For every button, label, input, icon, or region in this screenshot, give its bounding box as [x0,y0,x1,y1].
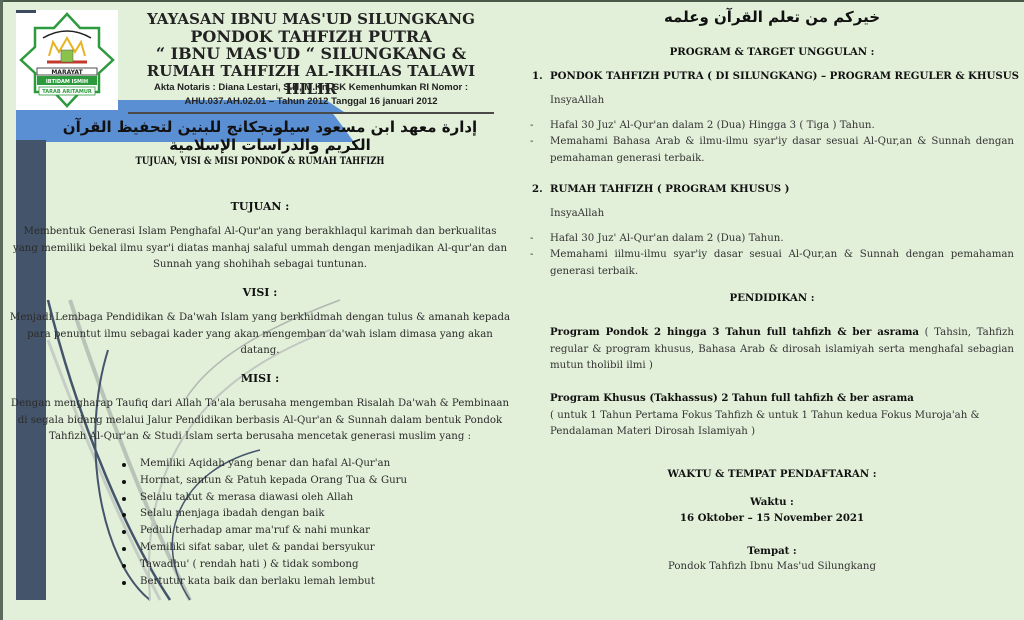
logo: MARAYAT IBTIDAM ISMIH TARAB ARITAMUR [16,10,118,110]
arabic-institution-title: إدارة معهد ابن مسعود سيلونجكانج للبنين ل… [50,118,490,154]
registration-heading: WAKTU & TEMPAT PENDAFTARAN : [520,468,1024,480]
svg-text:TARAB ARITAMUR: TARAB ARITAMUR [42,89,92,95]
school-subname: “ IBNU MAS'UD “ SILUNGKANG & [128,44,494,63]
misi-text: Dengan mengharap Taufiq dari Allah Ta'al… [6,396,514,446]
list-item: Tawadhu' ( rendah hati ) & tidak sombong [118,557,407,574]
time-value: 16 Oktober – 15 November 2021 [520,512,1024,524]
list-item: Selalu takut & merasa diawasi oleh Allah [118,490,407,507]
misi-list: Memiliki Aqidah yang benar dan hafal Al-… [118,456,407,590]
program-2-intro: InsyaAllah [550,208,604,219]
list-item: Memiliki Aqidah yang benar dan hafal Al-… [118,456,407,473]
program-1-title: 1.PONDOK TAHFIZH PUTRA ( DI SILUNGKANG) … [532,70,1019,82]
misi-heading: MISI : [160,372,360,385]
foundation-name: YAYASAN IBNU MAS'UD SILUNGKANG [128,10,494,28]
list-item: Hormat, santun & Patuh kepada Orang Tua … [118,473,407,490]
registration-number: AHU.037.AH.02.01 – Tahun 2012 Tanggal 16… [128,96,494,107]
header-divider [128,112,494,114]
arabic-motto: خيركم من تعلم القرآن وعلمه [520,8,1024,26]
visi-text: Menjadi Lembaga Pendidikan & Da'wah Isla… [8,310,512,360]
svg-text:IBTIDAM ISMIH: IBTIDAM ISMIH [46,79,88,85]
program-2-title: 2.RUMAH TAHFIZH ( PROGRAM KHUSUS ) [532,183,789,195]
section-title: TUJUAN, VISI & MISI PONDOK & RUMAH TAHFI… [90,156,430,167]
navy-side-bar [16,140,46,600]
program-1-point: -Hafal 30 Juz' Al-Qur'an dalam 2 (Dua) H… [530,118,1014,135]
tujuan-text: Membentuk Generasi Islam Penghafal Al-Qu… [10,224,510,274]
place-label: Tempat : [520,545,1024,557]
program-1-point: -Memahami Bahasa Arab & ilmu-ilmu syar'i… [530,134,1014,167]
svg-text:MARAYAT: MARAYAT [51,69,83,76]
program-2-point: -Memahami iilmu-ilmu syar'iy dasar sesua… [530,247,1014,280]
right-panel: خيركم من تعلم القرآن وعلمه PROGRAM & TAR… [520,0,1024,620]
pendidikan-item-1: Program Pondok 2 hingga 3 Tahun full tah… [550,324,1014,375]
program-2-point: -Hafal 30 Juz' Al-Qur'an dalam 2 (Dua) T… [530,231,1014,248]
place-value: Pondok Tahfizh Ibnu Mas'ud Silungkang [520,561,1024,572]
time-label: Waktu : [520,496,1024,508]
visi-heading: VISI : [160,286,360,299]
program-heading: PROGRAM & TARGET UNGGULAN : [520,46,1024,58]
program-1-intro: InsyaAllah [550,95,604,106]
left-panel: MARAYAT IBTIDAM ISMIH TARAB ARITAMUR YAY… [0,0,520,620]
tujuan-heading: TUJUAN : [160,200,360,213]
notary-info: Akta Notaris : Diana Lestari, S.H, M.Kn,… [128,82,494,93]
pendidikan-heading: PENDIDIKAN : [520,292,1024,304]
star-logo-icon: MARAYAT IBTIDAM ISMIH TARAB ARITAMUR [16,10,118,110]
list-item: Selalu menjaga ibadah dengan baik [118,506,407,523]
list-item: Memiliki sifat sabar, ulet & pandai bers… [118,540,407,557]
pendidikan-item-2: Program Khusus (Takhassus) 2 Tahun full … [550,390,1014,441]
list-item: Bertutur kata baik dan berlaku lemah lem… [118,574,407,591]
list-item: Peduli terhadap amar ma'ruf & nahi munka… [118,523,407,540]
